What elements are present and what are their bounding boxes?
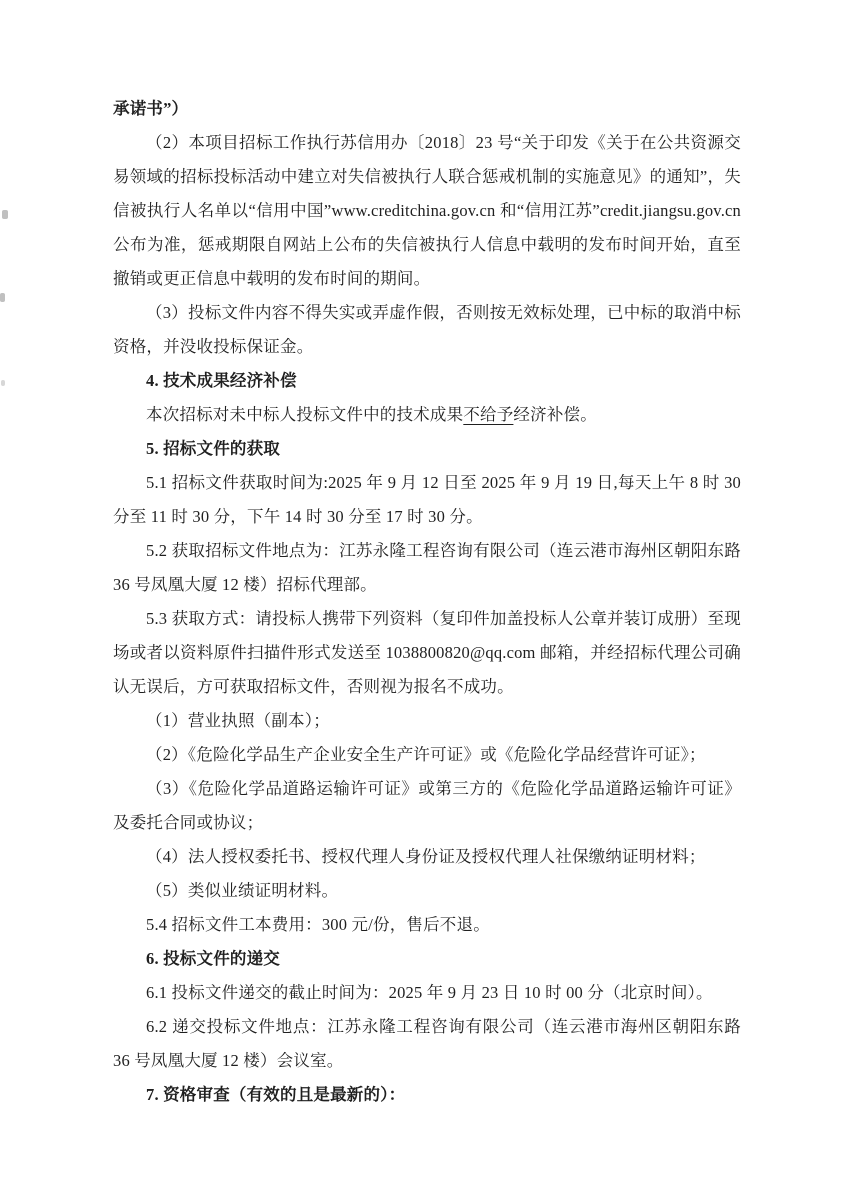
section4-body-suffix: 经济补偿。 (513, 405, 597, 424)
item-5-2-doc-obtain-location: 5.2 获取招标文件地点为：江苏永隆工程咨询有限公司（连云港市海州区朝阳东路 3… (113, 534, 741, 602)
clause-bid-validity: （3）投标文件内容不得失实或弄虚作假，否则按无效标处理，已中标的取消中标资格，并… (113, 296, 741, 364)
item-6-1-submission-deadline: 6.1 投标文件递交的截止时间为：2025 年 9 月 23 日 10 时 00… (113, 976, 741, 1010)
underlined-no-compensation: 不给予 (463, 405, 513, 424)
material-item-performance-proof: （5）类似业绩证明材料。 (113, 874, 741, 908)
material-item-business-license: （1）营业执照（副本）； (113, 704, 741, 738)
section5-heading: 5. 招标文件的获取 (113, 432, 741, 466)
page-fragment-chengnuoshu: 承诺书”） (113, 92, 741, 126)
section4-heading: 4. 技术成果经济补偿 (113, 364, 741, 398)
item-5-3-doc-obtain-method: 5.3 获取方式：请投标人携带下列资料（复印件加盖投标人公章并装订成册）至现场或… (113, 602, 741, 704)
section4-body-prefix: 本次招标对未中标人投标文件中的技术成果 (146, 405, 463, 424)
scan-artifact (0, 293, 5, 302)
item-5-1-doc-obtain-time: 5.1 招标文件获取时间为:2025 年 9 月 12 日至 2025 年 9 … (113, 466, 741, 534)
section6-heading: 6. 投标文件的递交 (113, 942, 741, 976)
document-body: 承诺书”） （2）本项目招标工作执行苏信用办〔2018〕23 号“关于印发《关于… (113, 92, 741, 1112)
section7-heading: 7. 资格审查（有效的且是最新的）： (113, 1078, 741, 1112)
section4-body: 本次招标对未中标人投标文件中的技术成果不给予经济补偿。 (113, 398, 741, 432)
clause-credit-enforcement: （2）本项目招标工作执行苏信用办〔2018〕23 号“关于印发《关于在公共资源交… (113, 126, 741, 296)
material-item-production-license: （2）《危险化学品生产企业安全生产许可证》或《危险化学品经营许可证》； (113, 738, 741, 772)
item-5-4-doc-fee: 5.4 招标文件工本费用：300 元/份，售后不退。 (113, 908, 741, 942)
item-6-2-submission-location: 6.2 递交投标文件地点：江苏永隆工程咨询有限公司（连云港市海州区朝阳东路 36… (113, 1010, 741, 1078)
scan-artifact (2, 210, 8, 219)
material-item-transport-license: （3）《危险化学品道路运输许可证》或第三方的《危险化学品道路运输许可证》及委托合… (113, 772, 741, 840)
material-item-authorization: （4）法人授权委托书、授权代理人身份证及授权代理人社保缴纳证明材料； (113, 840, 741, 874)
document-page: 承诺书”） （2）本项目招标工作执行苏信用办〔2018〕23 号“关于印发《关于… (0, 0, 849, 1200)
scan-artifact (1, 380, 5, 386)
